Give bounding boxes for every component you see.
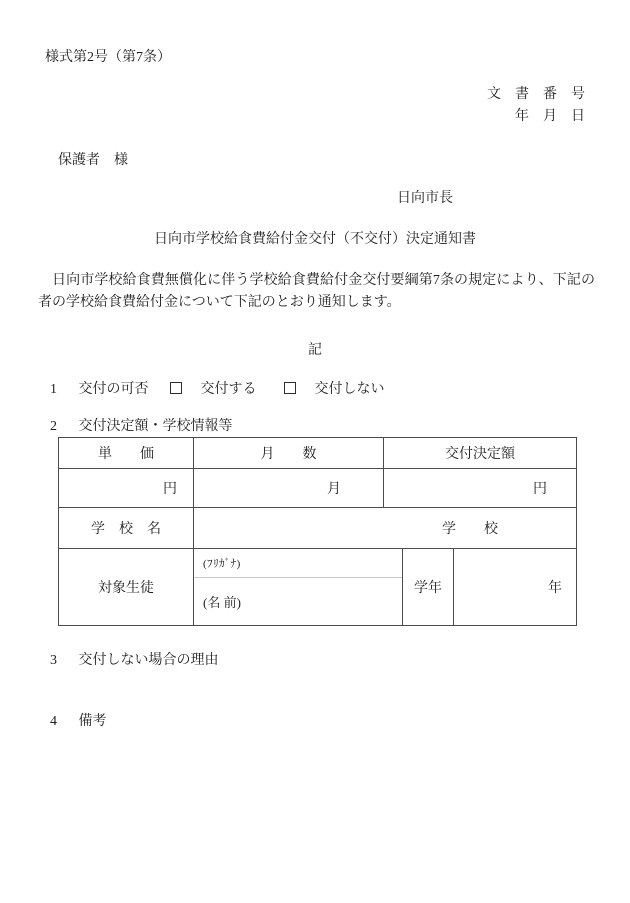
header-decided-amount: 交付決定額 <box>383 438 576 468</box>
section-1-grant-decision: 1 交付の可否 交付する 交付しない <box>50 378 385 398</box>
unit-price-cell: 円 <box>59 469 193 507</box>
section-3-title: 交付しない場合の理由 <box>79 649 219 669</box>
section-2-title: 交付決定額・学校情報等 <box>79 415 233 435</box>
grade-year-cell: 年 <box>453 549 576 625</box>
addressee-guardian: 保護者 様 <box>58 149 128 169</box>
name-field: (名 前) <box>194 578 402 625</box>
header-months: 月 数 <box>193 438 383 468</box>
amount-cell: 円 <box>383 469 576 507</box>
document-number-label: 文 書 番 号 <box>487 84 585 106</box>
document-meta: 文 書 番 号 年 月 日 <box>487 84 585 128</box>
furigana-field: (ﾌﾘｶﾞﾅ) <box>194 549 402 578</box>
grade-label-cell: 学年 <box>402 549 453 625</box>
student-label: 対象生徒 <box>59 549 193 625</box>
document-title: 日向市学校給食費給付金交付（不交付）決定通知書 <box>0 228 630 248</box>
header-unit-price: 単 価 <box>59 438 193 468</box>
checkbox-no-grant[interactable] <box>284 382 296 394</box>
table-value-row: 円 月 円 <box>59 468 576 507</box>
section-2-heading: 2 交付決定額・学校情報等 <box>50 415 233 435</box>
section-4-number: 4 <box>50 714 57 730</box>
form-number: 様式第2号（第7条） <box>45 46 171 66</box>
section-3-heading: 3 交付しない場合の理由 <box>50 649 219 669</box>
checkbox-no-grant-label: 交付しない <box>315 378 385 398</box>
school-name-cell: 学 校 <box>193 508 576 548</box>
grant-details-table: 単 価 月 数 交付決定額 円 月 円 学 校 名 学 校 対象生徒 (ﾌﾘｶﾞ… <box>58 437 577 626</box>
document-date-label: 年 月 日 <box>487 106 585 128</box>
section-2-number: 2 <box>50 419 57 435</box>
checkbox-grant-label: 交付する <box>201 378 257 398</box>
checkbox-grant[interactable] <box>170 382 182 394</box>
table-header-row: 単 価 月 数 交付決定額 <box>59 438 576 468</box>
notice-document-page: 様式第2号（第7条） 文 書 番 号 年 月 日 保護者 様 日向市長 日向市学… <box>0 0 630 903</box>
sender-mayor: 日向市長 <box>397 187 453 207</box>
section-1-title: 交付の可否 <box>79 378 149 398</box>
section-3-number: 3 <box>50 653 57 669</box>
student-name-block: (ﾌﾘｶﾞﾅ) (名 前) <box>193 549 402 625</box>
ki-marker: 記 <box>0 339 630 359</box>
body-paragraph: 日向市学校給食費無償化に伴う学校給食費給付金交付要綱第7条の規定により、下記の者… <box>38 270 595 314</box>
months-cell: 月 <box>193 469 383 507</box>
section-4-heading: 4 備考 <box>50 710 107 730</box>
section-4-title: 備考 <box>79 710 107 730</box>
school-name-row: 学 校 名 学 校 <box>59 507 576 548</box>
student-row: 対象生徒 (ﾌﾘｶﾞﾅ) (名 前) 学年 年 <box>59 548 576 625</box>
school-name-label: 学 校 名 <box>59 508 193 548</box>
section-1-number: 1 <box>50 382 57 398</box>
